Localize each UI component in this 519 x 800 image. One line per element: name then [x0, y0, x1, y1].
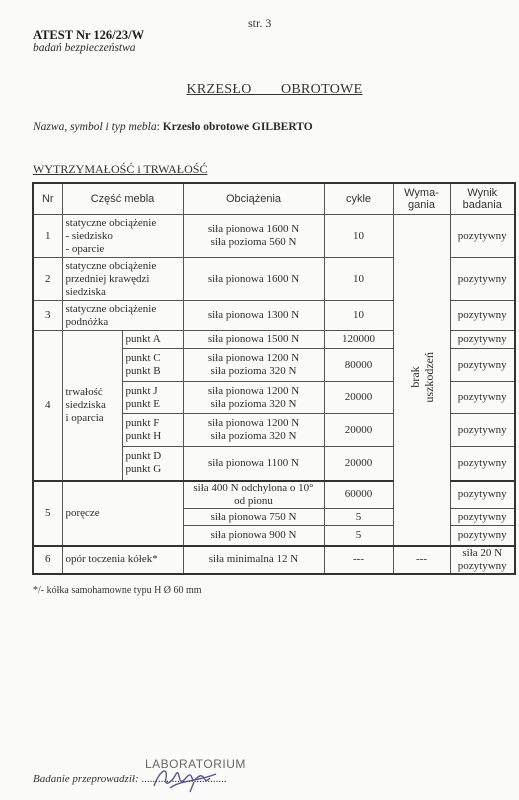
cell-point: punkt J punkt E: [122, 382, 183, 414]
cell-cycles: 20000: [324, 447, 393, 481]
section-title: WYTRZYMAŁOŚĆ i TRWAŁOŚĆ: [33, 162, 207, 177]
cell-part: statyczne obciążenie przedniej krawędzi …: [62, 258, 183, 301]
product-label: Nazwa, symbol i typ mebla: [33, 121, 157, 133]
certificate-subtitle: badań bezpieczeństwa: [33, 42, 136, 54]
cell-point: punkt D punkt G: [122, 447, 183, 481]
document-title: KRZESŁO OBROTOWE: [0, 82, 519, 98]
product-value: Krzesło obrotowe GILBERTO: [163, 121, 313, 133]
cell-load: siła 400 N odchylona o 10° od pionu: [183, 481, 324, 509]
cell-cycles: 20000: [324, 382, 393, 414]
cell-load: siła pionowa 1600 N: [183, 258, 324, 301]
cell-part: statyczne obciążenie podnóżka: [62, 301, 183, 331]
cell-part: poręcze: [62, 481, 183, 546]
header-loads: Obciążenia: [183, 183, 324, 215]
cell-load: siła pionowa 1200 N siła pozioma 320 N: [183, 382, 324, 414]
cell-load: siła pionowa 1200 N siła pozioma 320 N: [183, 414, 324, 447]
test-results-table: Nr Część mebla Obciążenia cykle Wyma- ga…: [32, 182, 516, 575]
cell-nr: 1: [33, 215, 62, 258]
cell-load: siła pionowa 1100 N: [183, 447, 324, 481]
table-row: 6opór toczenia kółek*siła minimalna 12 N…: [33, 546, 515, 574]
cell-requirements: ---: [393, 546, 450, 574]
cell-result: pozytywny: [450, 447, 515, 481]
cell-load: siła pionowa 1200 N siła pozioma 320 N: [183, 349, 324, 382]
cell-part: statyczne obciążenie - siedzisko - oparc…: [62, 215, 183, 258]
footnote: */- kółka samohamowne typu H Ø 60 mm: [33, 585, 202, 596]
cell-cycles: 10: [324, 258, 393, 301]
cell-cycles: 5: [324, 526, 393, 546]
cell-result: pozytywny: [450, 331, 515, 349]
cell-result: pozytywny: [450, 215, 515, 258]
cell-cycles: ---: [324, 546, 393, 574]
cell-cycles: 10: [324, 215, 393, 258]
cell-result: pozytywny: [450, 509, 515, 526]
signature-label: Badanie przeprowadził:: [33, 773, 141, 785]
cell-nr: 5: [33, 481, 62, 546]
cell-result: pozytywny: [450, 301, 515, 331]
cell-nr: 2: [33, 258, 62, 301]
cell-cycles: 80000: [324, 349, 393, 382]
header-nr: Nr: [33, 183, 62, 215]
cell-part: trwałość siedziska i oparcia: [62, 331, 122, 481]
cell-result: pozytywny: [450, 258, 515, 301]
cell-nr: 4: [33, 331, 62, 481]
header-cycles: cykle: [324, 183, 393, 215]
cell-load: siła minimalna 12 N: [183, 546, 324, 574]
cell-result: pozytywny: [450, 481, 515, 509]
handwritten-signature: [150, 760, 220, 794]
header-part: Część mebla: [62, 183, 183, 215]
header-result: Wynik badania: [450, 183, 515, 215]
table-row: 1statyczne obciążenie - siedzisko - opar…: [33, 215, 515, 258]
cell-load: siła pionowa 750 N: [183, 509, 324, 526]
cell-result: pozytywny: [450, 526, 515, 546]
page-number: str. 3: [248, 16, 271, 31]
cell-result: pozytywny: [450, 382, 515, 414]
cell-load: siła pionowa 1500 N: [183, 331, 324, 349]
cell-load: siła pionowa 1300 N: [183, 301, 324, 331]
cell-load: siła pionowa 900 N: [183, 526, 324, 546]
cell-point: punkt C punkt B: [122, 349, 183, 382]
certificate-number: ATEST Nr 126/23/W: [33, 28, 144, 43]
cell-nr: 3: [33, 301, 62, 331]
table-header-row: Nr Część mebla Obciążenia cykle Wyma- ga…: [33, 183, 515, 215]
cell-cycles: 60000: [324, 481, 393, 509]
product-name-line: Nazwa, symbol i typ mebla: Krzesło obrot…: [33, 121, 313, 133]
cell-load: siła pionowa 1600 N siła pozioma 560 N: [183, 215, 324, 258]
cell-point: punkt F punkt H: [122, 414, 183, 447]
cell-nr: 6: [33, 546, 62, 574]
cell-cycles: 10: [324, 301, 393, 331]
cell-requirements-merged: brak uszkodzeń: [393, 215, 450, 546]
cell-result: siła 20 N pozytywny: [450, 546, 515, 574]
cell-cycles: 120000: [324, 331, 393, 349]
requirements-text: brak uszkodzeń: [408, 352, 436, 403]
cell-part: opór toczenia kółek*: [62, 546, 183, 574]
cell-result: pozytywny: [450, 349, 515, 382]
cell-result: pozytywny: [450, 414, 515, 447]
header-requirements: Wyma- gania: [393, 183, 450, 215]
cell-cycles: 5: [324, 509, 393, 526]
cell-point: punkt A: [122, 331, 183, 349]
cell-cycles: 20000: [324, 414, 393, 447]
